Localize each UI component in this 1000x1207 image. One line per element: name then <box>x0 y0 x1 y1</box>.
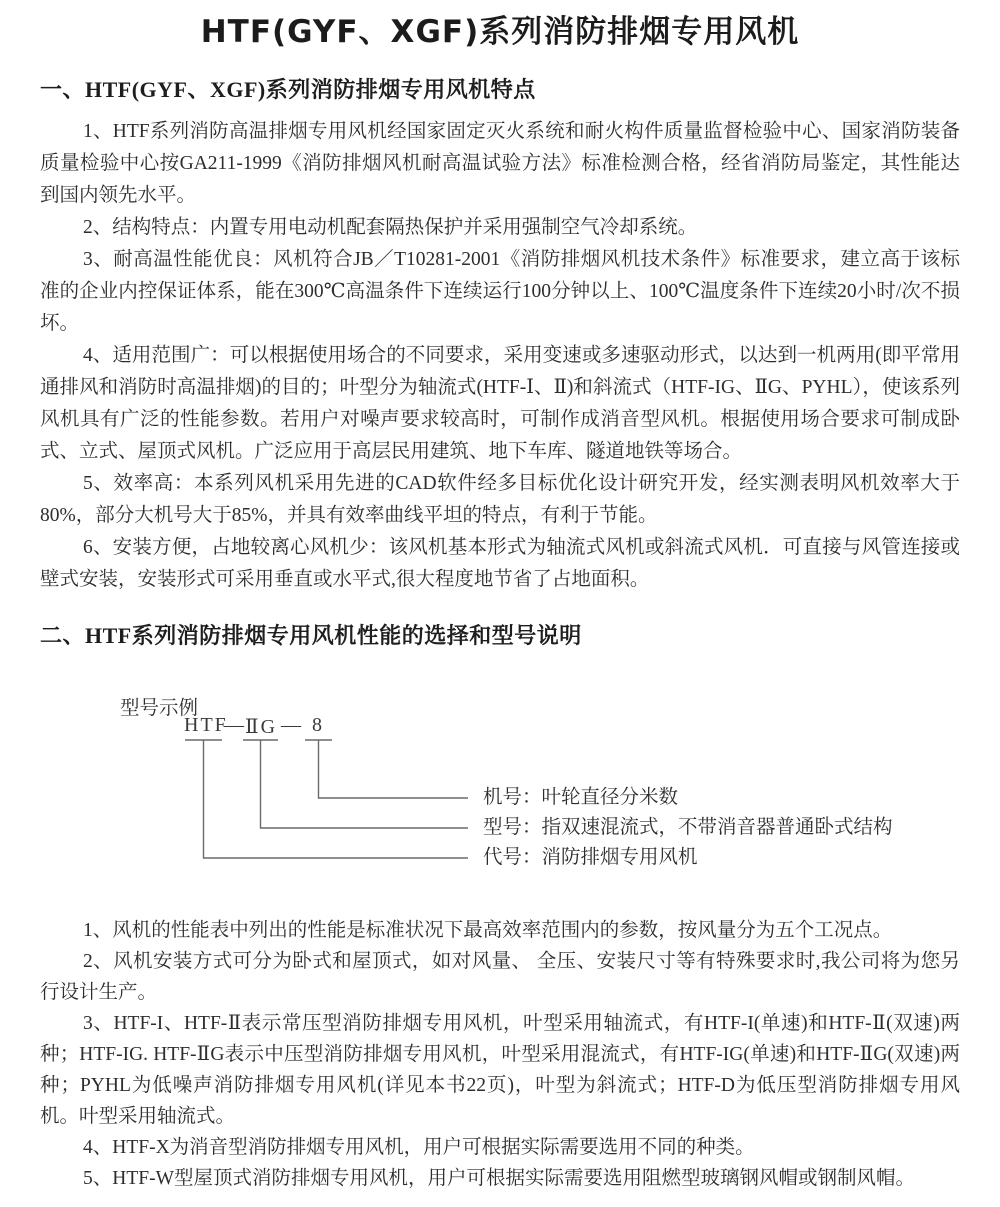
section1-paragraph-2: 2、结构特点：内置专用电动机配套隔热保护并采用强制空气冷却系统。 <box>40 212 960 244</box>
annotation-term: 代号： <box>483 847 542 868</box>
section1-paragraph-5: 5、效率高：本系列风机采用先进的CAD软件经多目标优化设计研究开发，经实测表明风… <box>40 468 960 532</box>
section2-paragraph-2: 2、风机安装方式可分为卧式和屋顶式，如对风量、 全压、安装尺寸等有特殊要求时,我… <box>40 946 960 1008</box>
section1-paragraph-4: 4、适用范围广：可以根据使用场合的不同要求，采用变速或多速驱动形式，以达到一机两… <box>40 340 960 468</box>
annotation-desc: 消防排烟专用风机 <box>542 847 698 868</box>
annotation-desc: 指双速混流式，不带消音器普通卧式结构 <box>542 817 893 838</box>
section1-paragraph-3: 3、耐高温性能优良：风机符合JB／T10281-2001《消防排烟风机技术条件》… <box>40 244 960 340</box>
annotation-desc: 叶轮直径分米数 <box>542 787 679 808</box>
section1-heading: 一、HTF(GYF、XGF)系列消防排烟专用风机特点 <box>40 76 960 104</box>
diagram-annotation-size: 机号：叶轮直径分米数 <box>483 786 678 810</box>
annotation-term: 型号： <box>483 817 542 838</box>
diagram-annotation-code: 代号：消防排烟专用风机 <box>483 846 698 870</box>
annotation-term: 机号： <box>483 787 542 808</box>
section1-paragraph-6: 6、安装方便，占地较离心风机少：该风机基本形式为轴流式风机或斜流式风机．可直接与… <box>40 532 960 596</box>
document-page: HTF(GYF、XGF)系列消防排烟专用风机 一、HTF(GYF、XGF)系列消… <box>0 0 1000 1207</box>
section2-paragraph-4: 4、HTF-X为消音型消防排烟专用风机，用户可根据实际需要选用不同的种类。 <box>40 1132 960 1163</box>
section1-paragraph-1: 1、HTF系列消防高温排烟专用风机经国家固定灭火系统和耐火构件质量监督检验中心、… <box>40 116 960 212</box>
section2-paragraph-1: 1、风机的性能表中列出的性能是标准状况下最高效率范围内的参数，按风量分为五个工况… <box>40 915 960 946</box>
page-title: HTF(GYF、XGF)系列消防排烟专用风机 <box>0 0 1000 52</box>
section2-paragraphs: 1、风机的性能表中列出的性能是标准状况下最高效率范围内的参数，按风量分为五个工况… <box>40 915 960 1194</box>
section2-paragraph-5: 5、HTF-W型屋顶式消防排烟专用风机，用户可根据实际需要选用阻燃型玻璃钢风帽或… <box>40 1163 960 1194</box>
section2-heading: 二、HTF系列消防排烟专用风机性能的选择和型号说明 <box>40 622 960 650</box>
document-content: 一、HTF(GYF、XGF)系列消防排烟专用风机特点 1、HTF系列消防高温排烟… <box>40 76 960 1194</box>
section2-paragraph-3: 3、HTF-I、HTF-Ⅱ表示常压型消防排烟专用风机，叶型采用轴流式，有HTF-… <box>40 1008 960 1132</box>
model-example-diagram: 型号示例 HTF — ⅡG — 8 机号：叶轮直径分米数 型号： <box>40 650 960 885</box>
diagram-annotation-type: 型号：指双速混流式，不带消音器普通卧式结构 <box>483 816 893 840</box>
